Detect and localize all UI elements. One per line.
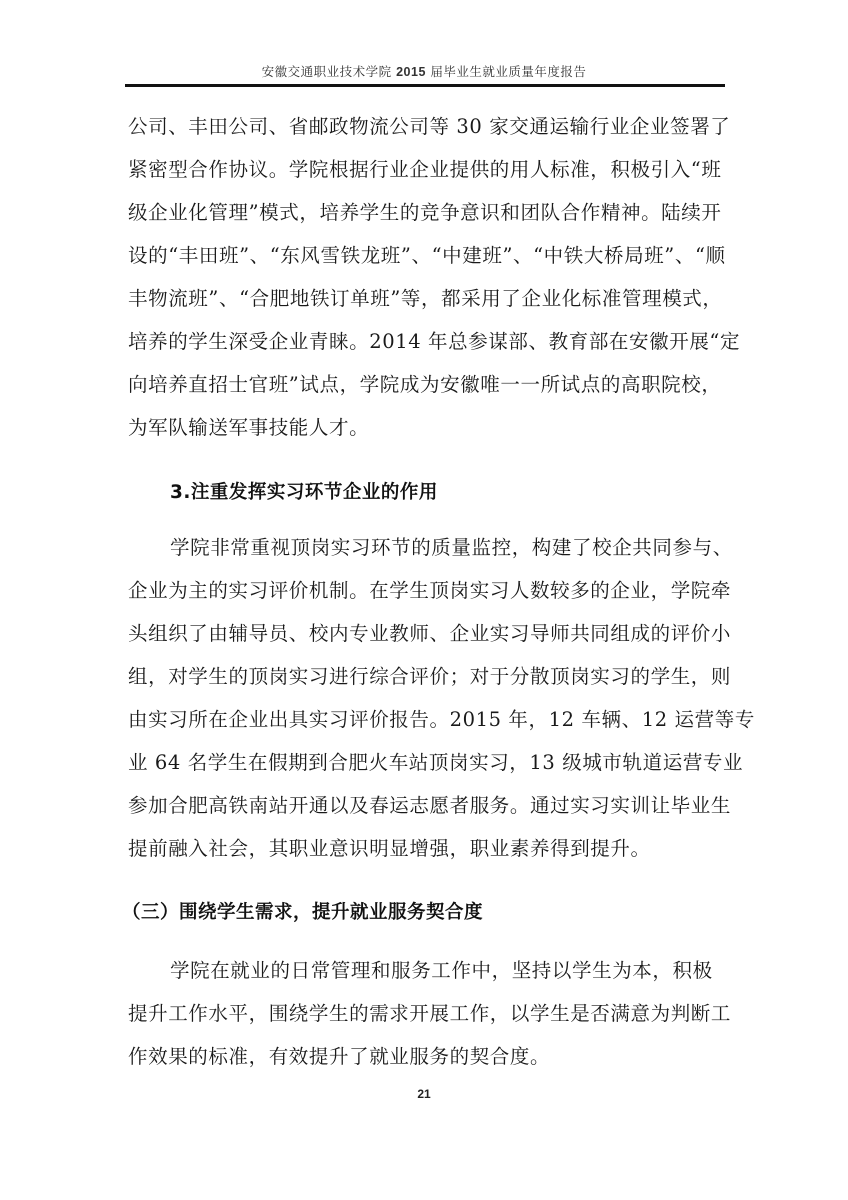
paragraph-line: 提升工作水平，围绕学生的需求开展工作，以学生是否满意为判断工 — [128, 1002, 728, 1026]
paragraph-line: 丰物流班”、“合肥地铁订单班”等，都采用了企业化标准管理模式， — [128, 287, 728, 311]
paragraph-line: 公司、丰田公司、省邮政物流公司等 30 家交通运输行业企业签署了 — [128, 115, 728, 139]
header-title-year: 2015 — [396, 65, 426, 79]
paragraph-line: 学院非常重视顶岗实习环节的质量监控，构建了校企共同参与、 — [170, 536, 728, 560]
header-divider — [125, 84, 725, 87]
paragraph-line: 学院在就业的日常管理和服务工作中，坚持以学生为本，积极 — [170, 959, 728, 983]
paragraph-line: 作效果的标准，有效提升了就业服务的契合度。 — [128, 1045, 728, 1069]
paragraph-line: 设的“丰田班”、“东风雪铁龙班”、“中建班”、“中铁大桥局班”、“顺 — [128, 244, 728, 268]
paragraph-line: 企业为主的实习评价机制。在学生顶岗实习人数较多的企业，学院牵 — [128, 579, 728, 603]
subsection-heading: 3.注重发挥实习环节企业的作用 — [170, 478, 438, 504]
paragraph-line: 为军队输送军事技能人才。 — [128, 416, 728, 440]
running-header: 安徽交通职业技术学院 2015 届毕业生就业质量年度报告 — [0, 62, 848, 80]
header-title-prefix: 安徽交通职业技术学院 — [262, 64, 392, 79]
paragraph-line: 向培养直招士官班”试点，学院成为安徽唯一一所试点的高职院校， — [128, 373, 728, 397]
section-heading: （三）围绕学生需求，提升就业服务契合度 — [122, 898, 483, 924]
paragraph-line: 组，对学生的顶岗实习进行综合评价；对于分散顶岗实习的学生，则 — [128, 665, 728, 689]
header-title-suffix: 届毕业生就业质量年度报告 — [430, 64, 586, 79]
paragraph-line: 提前融入社会，其职业意识明显增强，职业素养得到提升。 — [128, 837, 728, 861]
paragraph-line: 头组织了由辅导员、校内专业教师、企业实习导师共同组成的评价小 — [128, 622, 728, 646]
paragraph-line: 业 64 名学生在假期到合肥火车站顶岗实习，13 级城市轨道运营专业 — [128, 751, 728, 775]
paragraph-line: 紧密型合作协议。学院根据行业企业提供的用人标准，积极引入“班 — [128, 158, 728, 182]
paragraph-line: 级企业化管理”模式，培养学生的竞争意识和团队合作精神。陆续开 — [128, 201, 728, 225]
paragraph-line: 培养的学生深受企业青睐。2014 年总参谋部、教育部在安徽开展“定 — [128, 330, 728, 354]
paragraph-line: 由实习所在企业出具实习评价报告。2015 年，12 车辆、12 运营等专 — [128, 708, 728, 732]
page-number: 21 — [0, 1087, 848, 1101]
paragraph-line: 参加合肥高铁南站开通以及春运志愿者服务。通过实习实训让毕业生 — [128, 794, 728, 818]
